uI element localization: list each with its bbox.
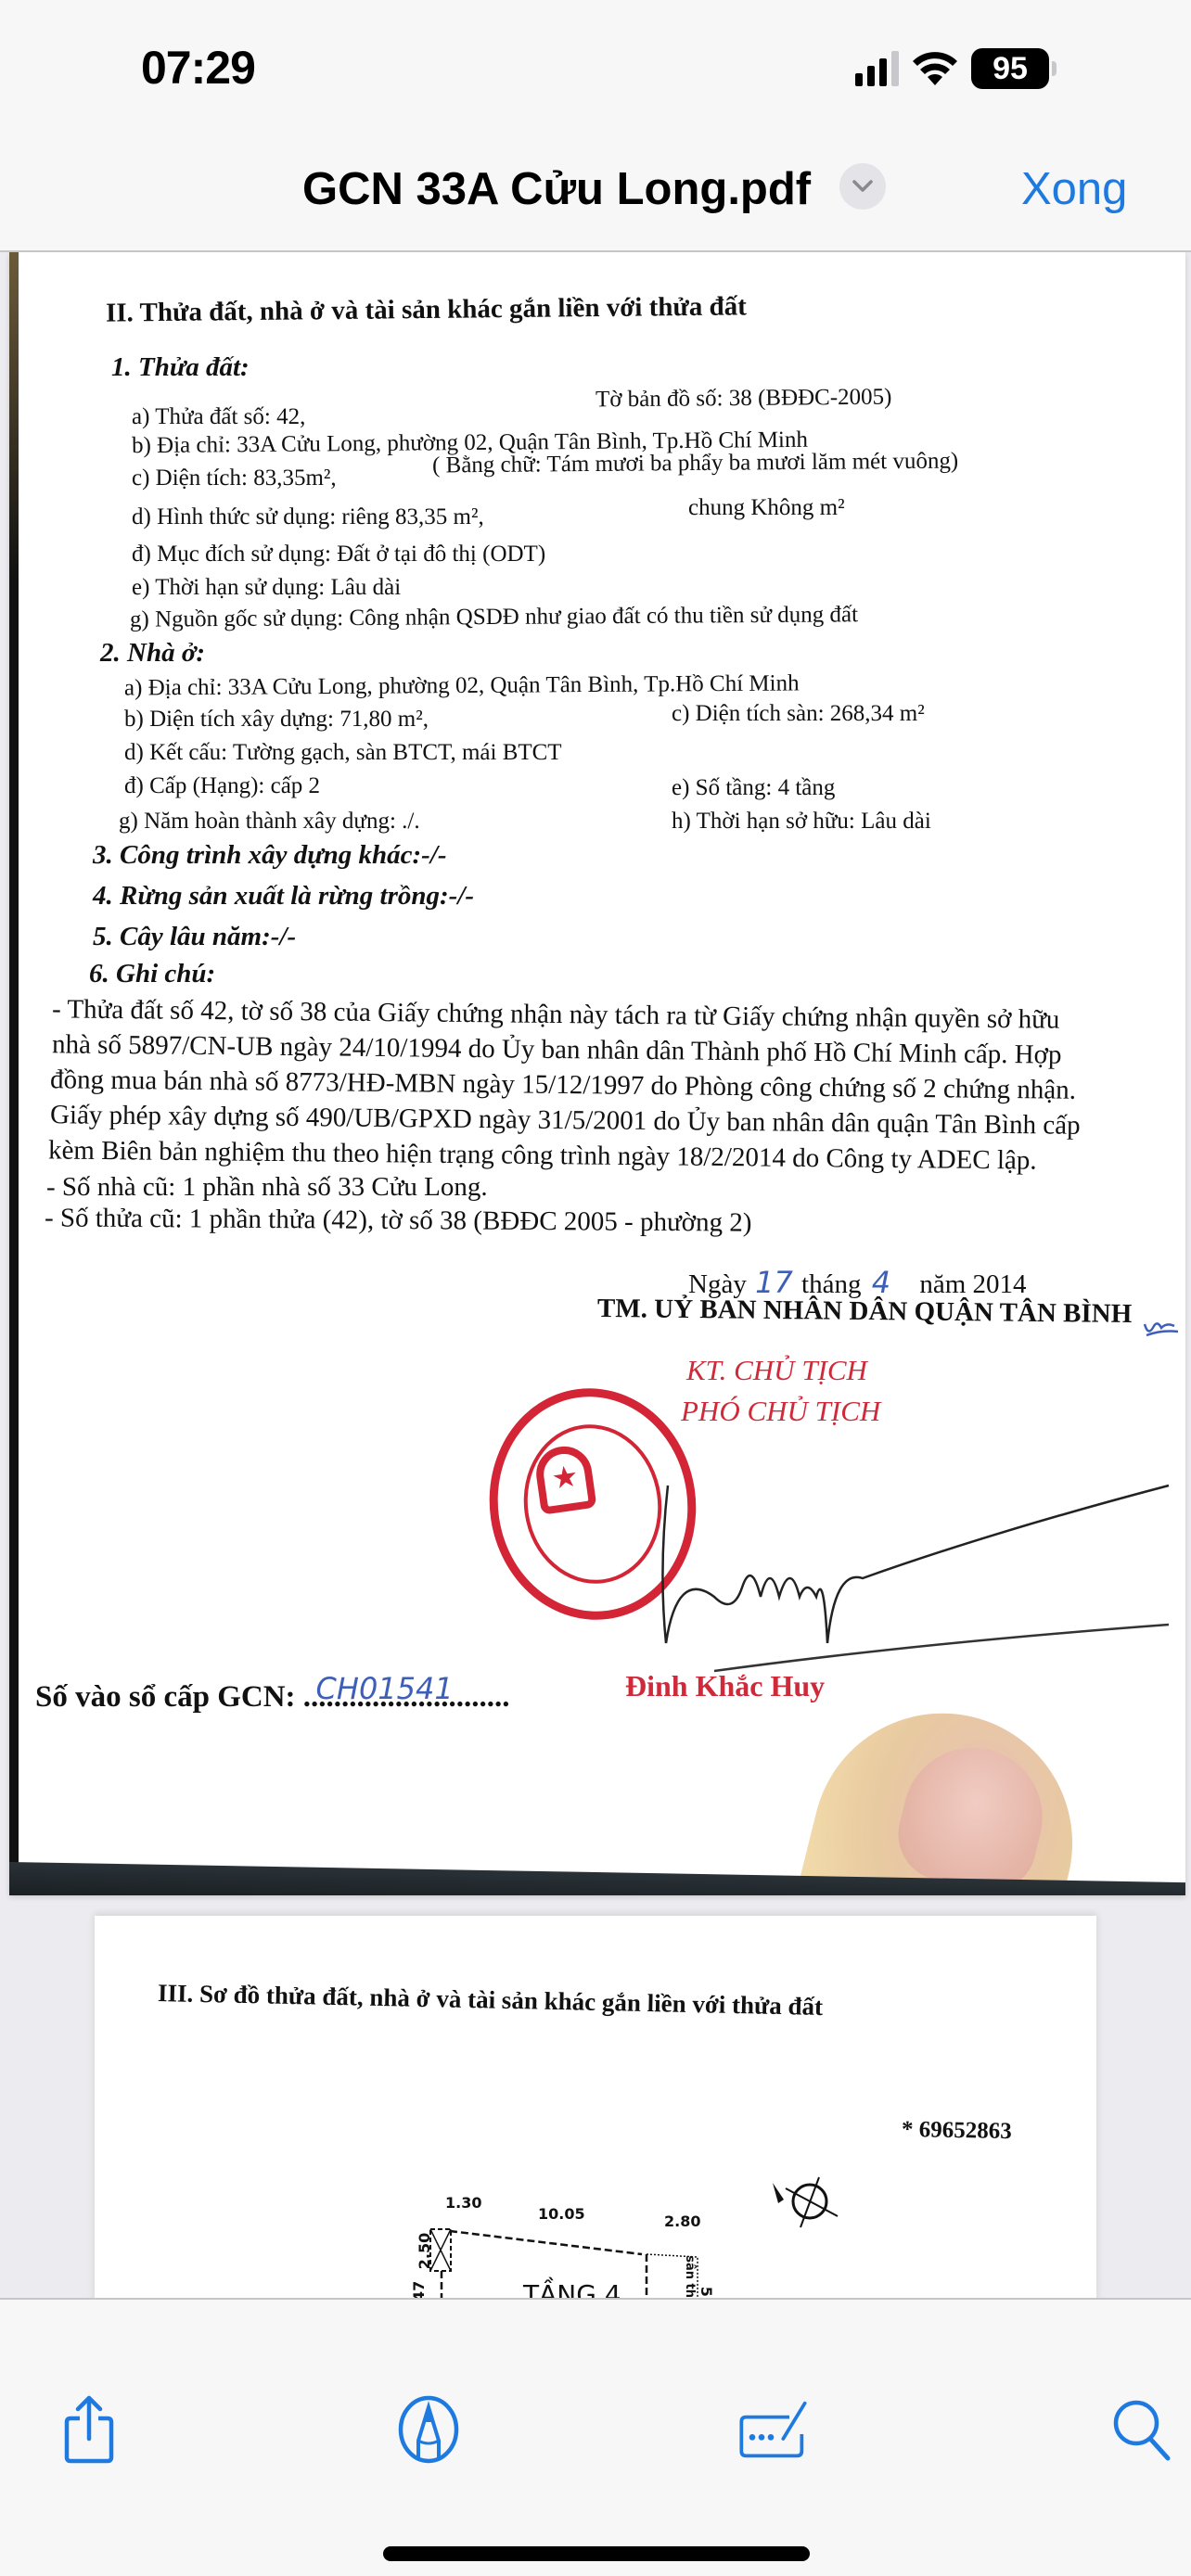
done-button[interactable]: Xong	[1021, 163, 1127, 215]
share-icon	[61, 2394, 117, 2465]
land-origin: g) Nguồn gốc sử dụng: Công nhận QSDĐ như…	[130, 602, 858, 632]
dim-left-upper: 2.50	[416, 2233, 433, 2269]
house-address: a) Địa chỉ: 33A Cửu Long, phường 02, Quậ…	[124, 670, 800, 701]
dim-left-lower: 2.47	[410, 2281, 428, 2298]
dim-top-left: 1.30	[445, 2194, 481, 2212]
status-icons: 95	[855, 48, 1049, 89]
house-built-area: b) Diện tích xây dựng: 71,80 m²,	[124, 707, 429, 733]
house-grade: đ) Cấp (Hạng): cấp 2	[124, 773, 320, 799]
search-button[interactable]	[1106, 2392, 1180, 2467]
house-structure: d) Kết cấu: Tường gạch, sàn BTCT, mái BT…	[124, 740, 562, 766]
signer-name: Đinh Khắc Huy	[625, 1669, 825, 1703]
land-map-sheet: Tờ bản đồ số: 38 (BĐĐC-2005)	[595, 385, 892, 414]
notes-heading: 6. Ghi chú:	[89, 959, 215, 989]
signature-icon	[529, 1458, 1178, 1699]
north-arrow-icon	[765, 2172, 849, 2237]
note-line: - Số nhà cũ: 1 phần nhà số 33 Cửu Long.	[46, 1172, 488, 1203]
home-indicator[interactable]	[383, 2546, 810, 2561]
note-line: nhà số 5897/CN-UB ngày 24/10/1994 do Ủy …	[52, 1029, 1062, 1070]
registry-value: CH01541	[316, 1671, 454, 1706]
production-forest: 4. Rừng sản xuất là rừng trồng:-/-	[93, 881, 474, 912]
markup-pen-icon	[396, 2394, 461, 2465]
signer-role-1: KT. CHỦ TỊCH	[686, 1354, 867, 1387]
registry-label: Số vào sổ cấp GCN:	[35, 1680, 296, 1714]
section-title-ii: II. Thửa đất, nhà ở và tài sản khác gắn …	[106, 291, 747, 328]
photo-edge	[9, 252, 19, 1895]
note-line: - Số thửa cũ: 1 phần thửa (42), tờ số 38…	[45, 1203, 752, 1238]
date-year: năm 2014	[919, 1269, 1026, 1299]
land-use-form: d) Hình thức sử dụng: riêng 83,35 m²,	[132, 504, 484, 530]
house-heading: 2. Nhà ở:	[100, 638, 205, 669]
house-ownership-term: h) Thời hạn sở hữu: Lâu dài	[672, 809, 931, 835]
note-line: kèm Biên bản nghiệm thu theo hiện trạng …	[48, 1135, 1037, 1176]
perennial-trees: 5. Cây lâu năm:-/-	[93, 922, 296, 952]
land-area: c) Diện tích: 83,35m²,	[132, 465, 337, 491]
land-parcel-number: a) Thửa đất số: 42,	[132, 404, 305, 430]
share-button[interactable]	[52, 2392, 126, 2467]
other-works: 3. Công trình xây dựng khác:-/-	[93, 840, 447, 871]
status-time: 07:29	[141, 41, 255, 95]
note-line: - Thửa đất số 42, tờ số 38 của Giấy chứn…	[52, 994, 1060, 1035]
signature-field-icon	[738, 2394, 813, 2465]
status-bar: 07:29 95	[0, 0, 1191, 139]
registry-number: Số vào sổ cấp GCN: .....................…	[35, 1680, 510, 1715]
bottom-toolbar	[0, 2298, 1191, 2576]
initial-mark-icon	[1143, 1317, 1180, 1341]
date-month-label: tháng	[801, 1269, 861, 1299]
land-purpose: đ) Mục đích sử dụng: Đất ở tại đô thị (O…	[132, 542, 545, 567]
battery-icon: 95	[971, 48, 1049, 89]
house-floors: e) Số tầng: 4 tầng	[672, 775, 835, 801]
search-icon	[1112, 2397, 1173, 2462]
dim-terrace-side: 5.12	[698, 2287, 715, 2298]
terrace-label: sân thượng	[683, 2255, 697, 2298]
title-menu-button[interactable]	[839, 163, 886, 210]
land-use-form-shared: chung Không m²	[688, 495, 845, 521]
finger-photo	[774, 1686, 1100, 1895]
cellular-signal-icon	[855, 51, 899, 86]
note-line: đồng mua bán nhà số 8773/HĐ-MBN ngày 15/…	[50, 1065, 1076, 1106]
land-term: e) Thời hạn sử dụng: Lâu dài	[132, 575, 401, 601]
pdf-page-2: III. Sơ đồ thửa đất, nhà ở và tài sản kh…	[95, 1916, 1096, 2298]
wifi-icon	[912, 50, 958, 87]
house-floor-area: c) Diện tích sàn: 268,34 m²	[672, 701, 925, 727]
pdf-viewer[interactable]: II. Thửa đất, nhà ở và tài sản khác gắn …	[0, 252, 1191, 2298]
land-area-words: ( Bằng chữ: Tám mươi ba phẩy ba mươi lăm…	[432, 449, 958, 479]
house-completion-year: g) Năm hoàn thành xây dựng: ./.	[119, 809, 420, 835]
markup-button[interactable]	[391, 2392, 466, 2467]
signer-role-2: PHÓ CHỦ TỊCH	[681, 1395, 880, 1428]
date-month: 4	[872, 1265, 890, 1300]
document-title[interactable]: GCN 33A Cửu Long.pdf	[302, 163, 811, 215]
chevron-down-icon	[852, 179, 874, 194]
note-line: Giấy phép xây dựng số 490/UB/GPXD ngày 3…	[50, 1100, 1081, 1141]
issuing-authority: TM. UỶ BAN NHÂN DÂN QUẬN TÂN BÌNH	[597, 1294, 1133, 1330]
floor-label: TẦNG 4	[523, 2279, 621, 2298]
dim-terrace-top: 2.80	[664, 2213, 700, 2230]
pdf-page-1: II. Thửa đất, nhà ở và tài sản khác gắn …	[9, 252, 1185, 1895]
navigation-bar: GCN 33A Cửu Long.pdf Xong	[0, 139, 1191, 252]
battery-level: 95	[992, 51, 1028, 87]
land-heading: 1. Thửa đất:	[111, 352, 250, 383]
dim-top: 10.05	[538, 2205, 585, 2223]
floor-plan-diagram	[95, 1916, 1096, 2298]
signature-button[interactable]	[738, 2392, 813, 2467]
